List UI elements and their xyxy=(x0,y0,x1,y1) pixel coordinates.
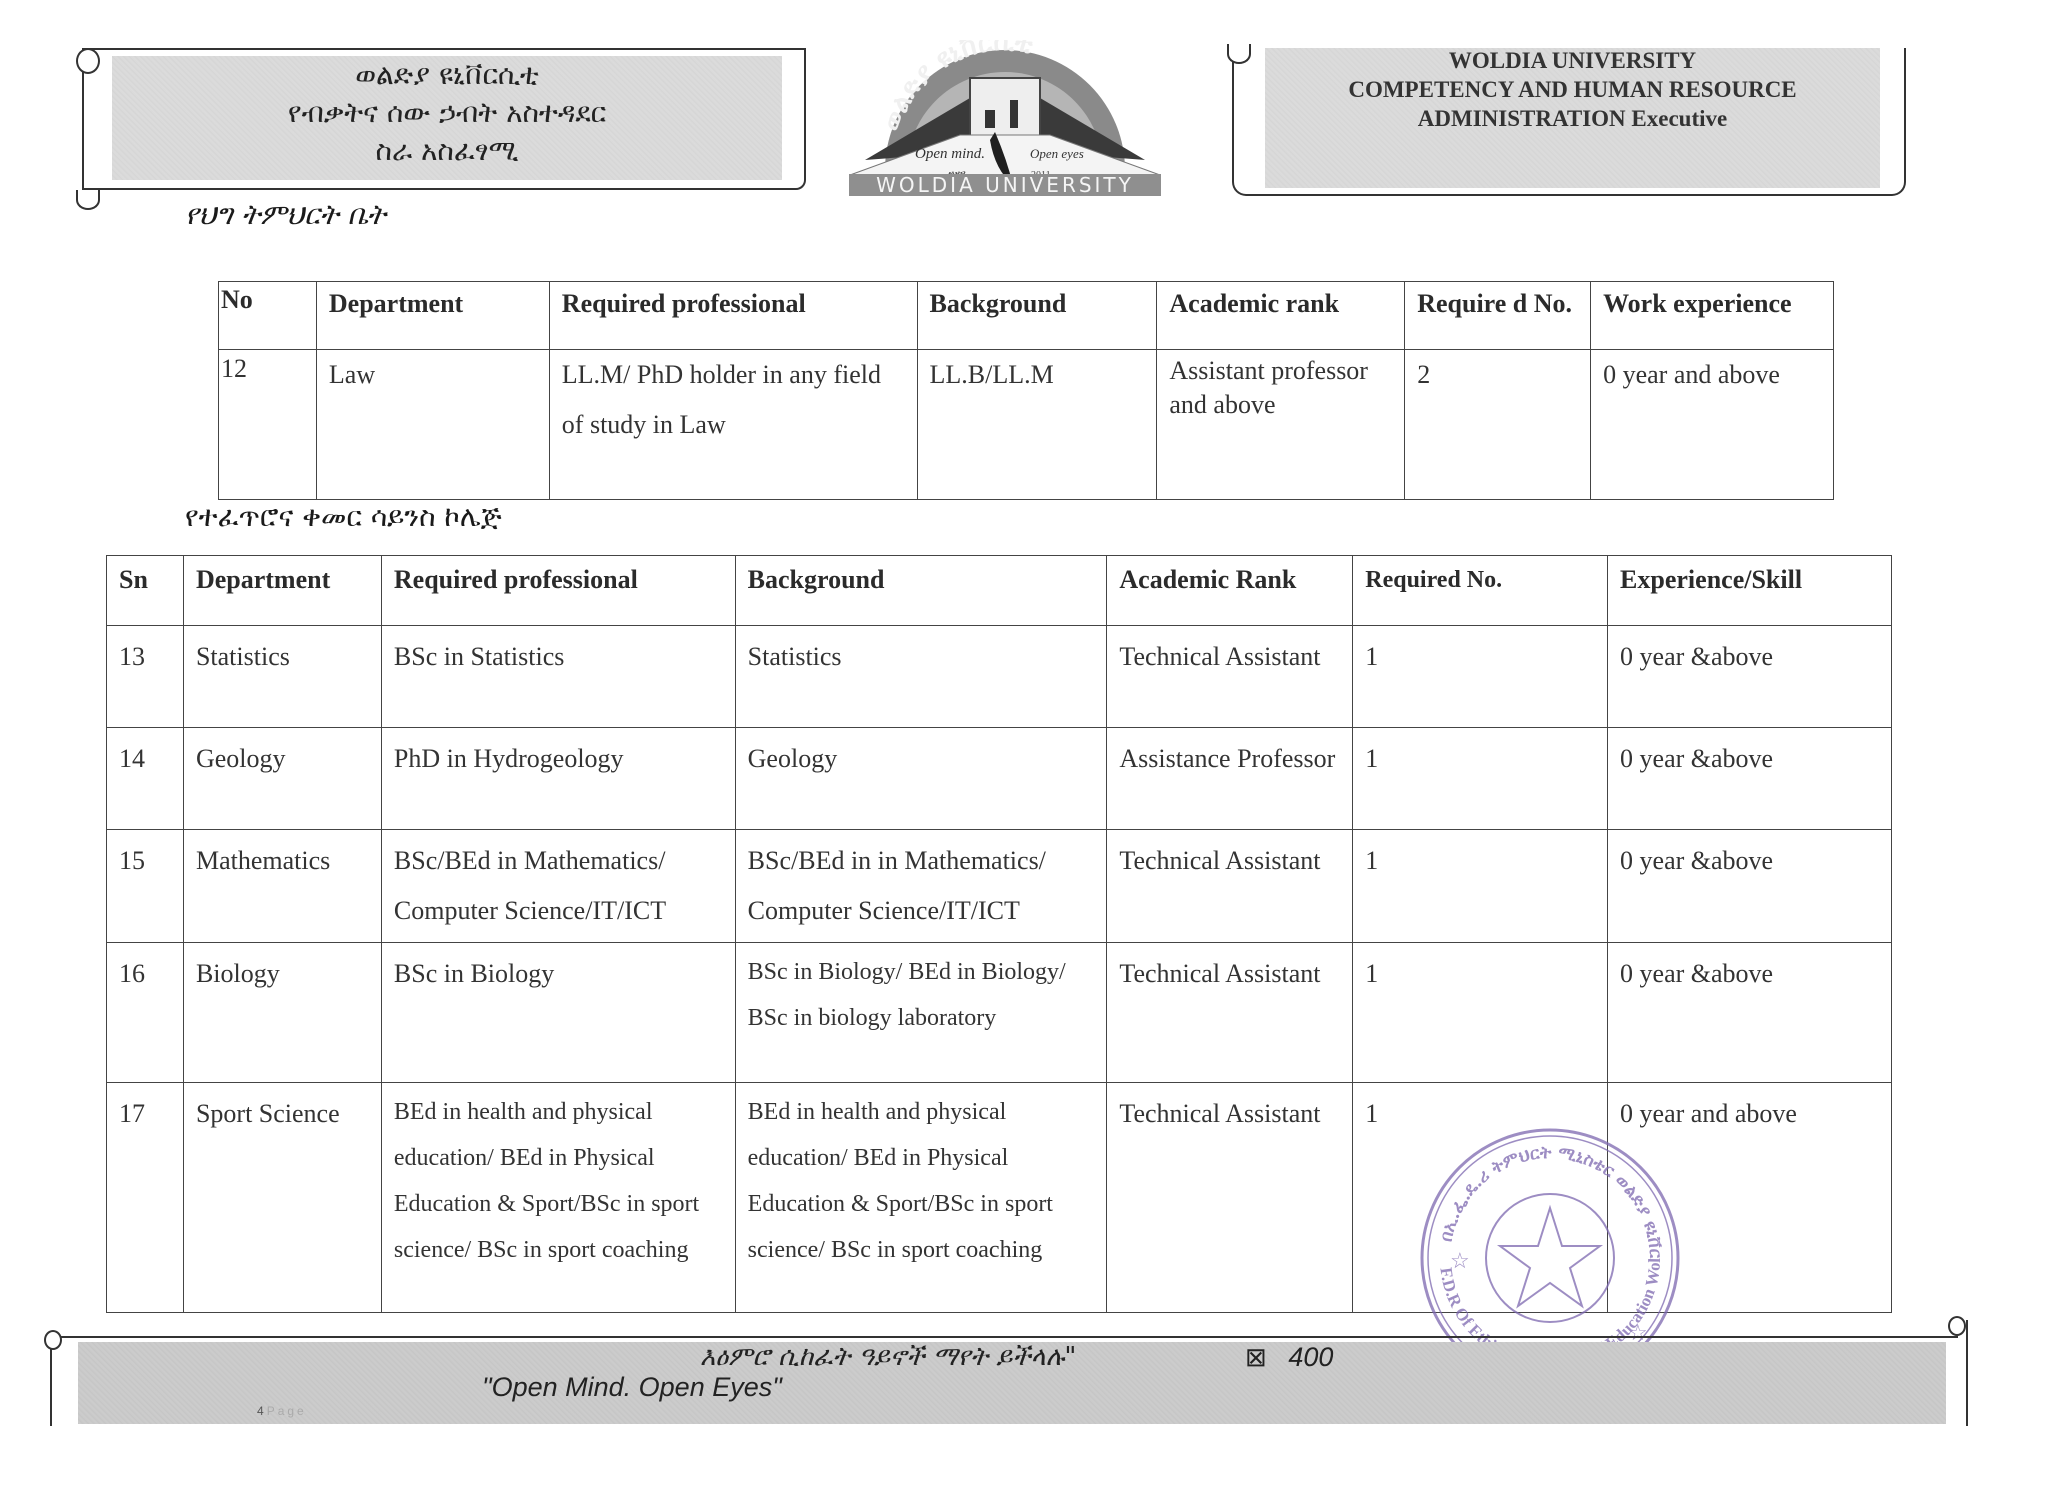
cell-required-no: 1 xyxy=(1353,830,1608,943)
column-header: Background xyxy=(917,282,1157,350)
cell-no: 16 xyxy=(107,943,184,1083)
cell-required-no: 1 xyxy=(1353,626,1608,728)
scroll-curl-icon xyxy=(76,190,100,210)
banner-top-rule xyxy=(82,48,804,50)
scroll-curl-icon xyxy=(1948,1316,1966,1336)
stamp-amharic-text: በኢ.ፌ.ዴ.ሪ ትምህርት ሚኒስቴር ወልድያ ዩኒቨርሲቲ xyxy=(1410,1118,1665,1259)
cell-academic-rank: Technical Assistant xyxy=(1107,830,1353,943)
envelope-icon: ⊠ xyxy=(1245,1342,1267,1372)
column-header: Required professional xyxy=(381,556,735,626)
cell-required-professional: BSc in Statistics xyxy=(381,626,735,728)
university-logo: ወልድያ ዩኒቨርሲቲ Open mind. Open eyes ፳፻፫ 201… xyxy=(845,40,1165,200)
cell-background: BEd in health and physical education/ BE… xyxy=(735,1083,1107,1313)
column-header: Background xyxy=(735,556,1107,626)
scroll-curl-icon xyxy=(76,48,100,74)
footer-po-box: ⊠ 400 xyxy=(1245,1342,1333,1373)
page-number-value: 4 xyxy=(257,1404,267,1418)
logo-motto-right: Open eyes xyxy=(1030,146,1084,161)
cell-required-no: 2 xyxy=(1405,350,1591,500)
law-school-table: No Department Required professional Back… xyxy=(218,281,1834,500)
university-logo-graphic: ወልድያ ዩኒቨርሲቲ Open mind. Open eyes ፳፻፫ 201… xyxy=(845,40,1165,200)
footer-english-motto: "Open Mind. Open Eyes" xyxy=(482,1372,782,1403)
cell-department: Biology xyxy=(183,943,381,1083)
header-amharic-line-3: ስራ አስፈፃሚ xyxy=(112,132,782,170)
table-row: 16 Biology BSc in Biology BSc in Biology… xyxy=(107,943,1892,1083)
cell-experience: 0 year &above xyxy=(1608,943,1892,1083)
cell-department: Sport Science xyxy=(183,1083,381,1313)
cell-required-professional: LL.M/ PhD holder in any field of study i… xyxy=(549,350,917,500)
column-header: Require d No. xyxy=(1405,282,1591,350)
column-header: Sn xyxy=(107,556,184,626)
column-header: Academic rank xyxy=(1157,282,1405,350)
column-header: Required professional xyxy=(549,282,917,350)
page-number-label: Page xyxy=(267,1404,307,1418)
svg-text:በኢ.ፌ.ዴ.ሪ ትምህርት ሚኒስቴር ወልድያ ዩኒቨር: በኢ.ፌ.ዴ.ሪ ትምህርት ሚኒስቴር ወልድያ ዩኒቨርሲቲ xyxy=(1410,1118,1665,1259)
cell-background: Statistics xyxy=(735,626,1107,728)
header-amharic-title: ወልድያ ዩኒቨርሲቲ የብቃትና ሰው ኃብት አስተዳደር ስራ አስፈፃሚ xyxy=(112,56,782,170)
cell-academic-rank: Assistance Professor xyxy=(1107,728,1353,830)
stamp-star-icon: ☆ xyxy=(1450,1248,1470,1273)
cell-academic-rank: Technical Assistant xyxy=(1107,943,1353,1083)
column-header: Required No. xyxy=(1353,556,1608,626)
section-title-law-school: የህግ ትምህርት ቤት xyxy=(185,198,386,232)
cell-experience: 0 year &above xyxy=(1608,626,1892,728)
cell-academic-rank: Technical Assistant xyxy=(1107,626,1353,728)
table-row: 12 Law LL.M/ PhD holder in any field of … xyxy=(219,350,1834,500)
header-english-line-2: COMPETENCY AND HUMAN RESOURCE xyxy=(1265,75,1880,104)
footer-right-rule xyxy=(1966,1320,1968,1426)
cell-no: 14 xyxy=(107,728,184,830)
cell-department: Geology xyxy=(183,728,381,830)
table-row: 13 Statistics BSc in Statistics Statisti… xyxy=(107,626,1892,728)
cell-required-professional: BSc/BEd in Mathematics/ Computer Science… xyxy=(381,830,735,943)
section-title-natural-science-college: የተፈጥሮና ቀመር ሳይንስ ኮሌጅ xyxy=(185,500,502,534)
cell-required-professional: BSc in Biology xyxy=(381,943,735,1083)
cell-no: 13 xyxy=(107,626,184,728)
column-header: Academic Rank xyxy=(1107,556,1353,626)
header-amharic-line-2: የብቃትና ሰው ኃብት አስተዳደር xyxy=(112,94,782,132)
column-header: No xyxy=(219,282,317,350)
logo-banner-text: WOLDIA UNIVERSITY xyxy=(876,173,1134,197)
cell-no: 15 xyxy=(107,830,184,943)
cell-department: Mathematics xyxy=(183,830,381,943)
footer-top-rule xyxy=(48,1336,1958,1338)
table-header-row: Sn Department Required professional Back… xyxy=(107,556,1892,626)
cell-required-no: 1 xyxy=(1353,943,1608,1083)
cell-required-professional: BEd in health and physical education/ BE… xyxy=(381,1083,735,1313)
table-row: 15 Mathematics BSc/BEd in Mathematics/ C… xyxy=(107,830,1892,943)
column-header: Department xyxy=(183,556,381,626)
cell-required-no: 1 xyxy=(1353,728,1608,830)
po-box-number: 400 xyxy=(1288,1342,1333,1372)
cell-no: 17 xyxy=(107,1083,184,1313)
cell-department: Statistics xyxy=(183,626,381,728)
column-header: Experience/Skill xyxy=(1608,556,1892,626)
cell-background: Geology xyxy=(735,728,1107,830)
table-row: 14 Geology PhD in Hydrogeology Geology A… xyxy=(107,728,1892,830)
header-english-line-3: ADMINISTRATION Executive xyxy=(1265,104,1880,133)
cell-department: Law xyxy=(316,350,549,500)
column-header: Department xyxy=(316,282,549,350)
cell-academic-rank: Technical Assistant xyxy=(1107,1083,1353,1313)
column-header: Work experience xyxy=(1591,282,1834,350)
scroll-curl-icon xyxy=(44,1330,62,1350)
page-number: 4Page xyxy=(257,1404,307,1418)
scroll-curl-icon xyxy=(1227,44,1251,64)
footer-amharic-motto: እዕምሮ ሲከፈት ዓይኖች ማየት ይችላሉ" xyxy=(700,1342,1076,1373)
cell-experience: 0 year &above xyxy=(1608,830,1892,943)
cell-academic-rank: Assistant professor and above xyxy=(1157,350,1405,500)
header-english-title: WOLDIA UNIVERSITY COMPETENCY AND HUMAN R… xyxy=(1265,46,1880,133)
cell-required-professional: PhD in Hydrogeology xyxy=(381,728,735,830)
logo-motto-left: Open mind. xyxy=(915,146,985,162)
cell-background: BSc/BEd in in Mathematics/ Computer Scie… xyxy=(735,830,1107,943)
cell-no: 12 xyxy=(219,350,317,500)
header-amharic-line-1: ወልድያ ዩኒቨርሲቲ xyxy=(112,56,782,94)
cell-background: LL.B/LL.M xyxy=(917,350,1157,500)
cell-experience: 0 year and above xyxy=(1591,350,1834,500)
table-header-row: No Department Required professional Back… xyxy=(219,282,1834,350)
cell-experience: 0 year &above xyxy=(1608,728,1892,830)
cell-background: BSc in Biology/ BEd in Biology/ BSc in b… xyxy=(735,943,1107,1083)
header-english-line-1: WOLDIA UNIVERSITY xyxy=(1265,46,1880,75)
